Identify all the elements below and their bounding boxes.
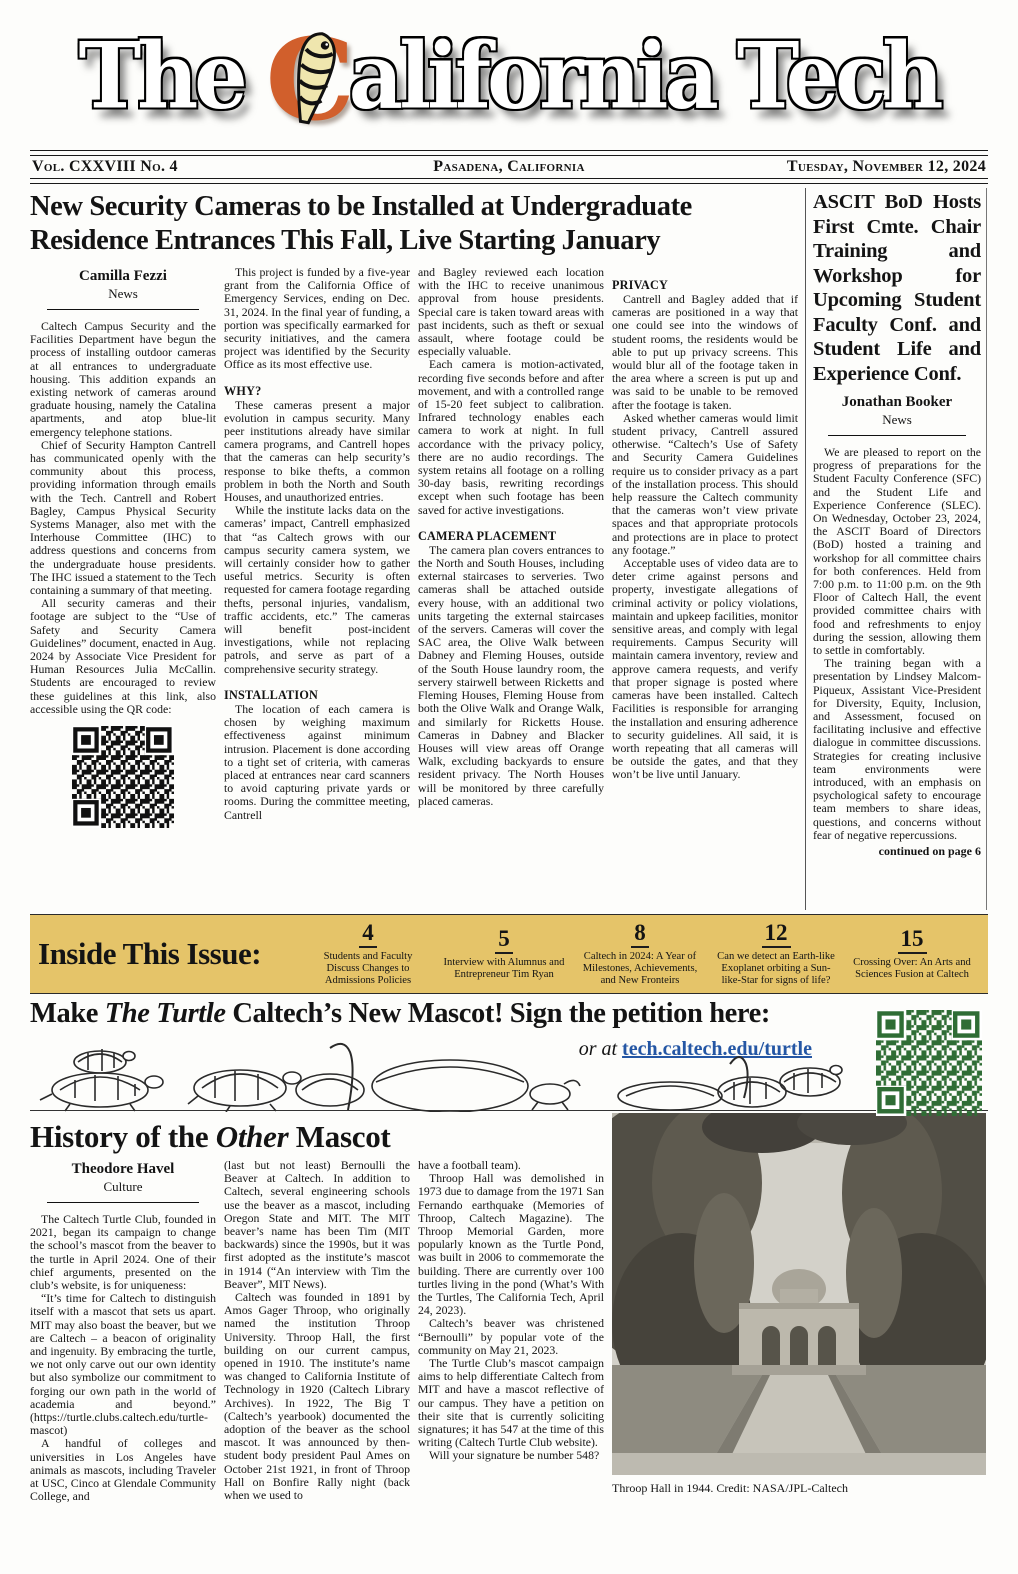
petition-headline: Make The Turtle Caltech’s New Mascot! Si… — [30, 998, 988, 1030]
masthead: The C alifornia Tech — [30, 0, 988, 150]
throop-hall-photo — [612, 1113, 986, 1475]
paragraph: Asked whether cameras would limit studen… — [612, 412, 798, 557]
masthead-word-alifornia: alifornia — [349, 22, 715, 129]
paragraph: All security cameras and their footage a… — [30, 597, 216, 716]
paragraph: Acceptable uses of video data are to det… — [612, 557, 798, 781]
mascot-column-2: (last but not least) Bernoulli the Beave… — [224, 1159, 410, 1574]
entry-text: Interview with Alumnus and Entrepreneur … — [442, 957, 566, 981]
page-number: 8 — [631, 921, 649, 948]
column-text: The Caltech Turtle Club, founded in 2021… — [30, 1213, 216, 1503]
paragraph: A handful of colleges and universities i… — [30, 1437, 216, 1503]
mascot-headline: History of the Other Mascot — [30, 1119, 605, 1155]
lead-column-3: and Bagley reviewed each location with t… — [418, 266, 604, 902]
newspaper-front-page: The C alifornia Tech Vol. CXXVIII No. 4 … — [0, 0, 1018, 1574]
column-text: Caltech Campus Security and the Faciliti… — [30, 320, 216, 716]
paragraph: Caltech Campus Security and the Faciliti… — [30, 320, 216, 439]
paragraph: Will your signature be number 548? — [418, 1449, 604, 1462]
paragraph: (last but not least) Bernoulli the Beave… — [224, 1159, 410, 1291]
page-number: 15 — [898, 927, 927, 954]
section-subhead: PRIVACY — [612, 278, 798, 293]
paragraph: While the institute lacks data on the ca… — [224, 504, 410, 676]
byline-rule — [828, 435, 966, 436]
turtle-petition-banner: Make The Turtle Caltech’s New Mascot! Si… — [30, 998, 988, 1111]
mascot-column-1: Theodore Havel Culture The Caltech Turtl… — [30, 1159, 216, 1574]
paragraph: Cantrell and Bagley added that if camera… — [612, 293, 798, 412]
paragraph: The camera plan covers entrances to the … — [418, 544, 604, 808]
section-label: News — [813, 412, 981, 428]
entry-text: Caltech in 2024: A Year of Milestones, A… — [578, 951, 702, 987]
page-number: 4 — [359, 921, 377, 948]
paragraph: The Turtle Club’s mascot campaign aims t… — [418, 1357, 604, 1449]
lead-column-1: Camilla Fezzi News Caltech Campus Securi… — [30, 266, 216, 902]
banner-title: Inside This Issue: — [38, 936, 300, 972]
section-subhead: INSTALLATION — [224, 688, 410, 703]
mascot-columns: Theodore Havel Culture The Caltech Turtl… — [30, 1159, 988, 1574]
author-name: Theodore Havel — [30, 1161, 216, 1178]
masthead-logo: C — [266, 33, 355, 118]
lead-columns: Camilla Fezzi News Caltech Campus Securi… — [30, 266, 800, 902]
section-subhead: WHY? — [224, 384, 410, 399]
entry-text: Crossing Over: An Arts and Sciences Fusi… — [850, 957, 974, 981]
mascot-byline: Theodore Havel Culture — [30, 1161, 216, 1203]
city: Pasadena, California — [30, 158, 988, 176]
inside-this-issue-banner: Inside This Issue: 4 Students and Facult… — [30, 914, 988, 994]
lead-section: New Security Cameras to be Installed at … — [30, 188, 988, 910]
entry-text: Students and Faculty Discuss Changes to … — [306, 951, 430, 987]
paragraph: “It’s time for Caltech to distinguish it… — [30, 1292, 216, 1437]
paragraph: Caltech’s beaver was christened “Bernoul… — [418, 1317, 604, 1357]
paragraph: These cameras present a major evolution … — [224, 399, 410, 505]
continued-notice: continued on page 6 — [813, 844, 981, 859]
issue-entry-5: 5 Interview with Alumnus and Entrepreneu… — [436, 927, 572, 981]
byline: Camilla Fezzi News — [30, 268, 216, 310]
section-subhead: CAMERA PLACEMENT — [418, 529, 604, 544]
page-number: 5 — [495, 927, 513, 954]
mascot-column-3: have a football team).Throop Hall was de… — [418, 1159, 604, 1574]
turtle-illustrations — [30, 1038, 848, 1112]
author-name: Jonathan Booker — [813, 394, 981, 411]
mascot-article: History of the Other Mascot Theodore Hav… — [30, 1119, 988, 1574]
paragraph: Chief of Security Hampton Cantrell has c… — [30, 439, 216, 597]
paragraph: This project is funded by a five-year gr… — [224, 266, 410, 372]
lead-headline: New Security Cameras to be Installed at … — [30, 190, 800, 258]
lead-column-4: PRIVACYCantrell and Bagley added that if… — [612, 266, 798, 902]
masthead-word-the: The — [79, 22, 244, 129]
page-number: 12 — [762, 921, 791, 948]
lead-column-2: This project is funded by a five-year gr… — [224, 266, 410, 902]
photo-block: Throop Hall in 1944. Credit: NASA/JPL-Ca… — [612, 1113, 988, 1574]
paragraph: Caltech was founded in 1891 by Amos Gage… — [224, 1291, 410, 1502]
paragraph: We are pleased to report on the progress… — [813, 446, 981, 657]
section-label: Culture — [30, 1179, 216, 1195]
paragraph: and Bagley reviewed each location with t… — [418, 266, 604, 358]
issue-entry-4: 4 Students and Faculty Discuss Changes t… — [300, 921, 436, 987]
column-text: We are pleased to report on the progress… — [813, 446, 981, 842]
issue-entry-12: 12 Can we detect an Earth-like Exoplanet… — [708, 921, 844, 987]
byline-rule — [47, 309, 200, 310]
sidebar-byline: Jonathan Booker News — [813, 394, 981, 436]
paragraph: Each camera is motion-activated, recordi… — [418, 358, 604, 516]
sidebar-article: ASCIT BoD Hosts First Cmte. Chair Traini… — [805, 188, 987, 910]
lead-article: New Security Cameras to be Installed at … — [30, 188, 800, 910]
sidebar-headline: ASCIT BoD Hosts First Cmte. Chair Traini… — [813, 190, 981, 386]
guidelines-qr-code — [72, 726, 174, 828]
photo-caption: Throop Hall in 1944. Credit: NASA/JPL-Ca… — [612, 1481, 988, 1496]
masthead-word-tech: Tech — [737, 22, 940, 129]
issue-entry-15: 15 Crossing Over: An Arts and Sciences F… — [844, 927, 980, 981]
paragraph: The location of each camera is chosen by… — [224, 703, 410, 822]
issue-entry-8: 8 Caltech in 2024: A Year of Milestones,… — [572, 921, 708, 987]
paragraph: The Caltech Turtle Club, founded in 2021… — [30, 1213, 216, 1292]
paragraph: The training began with a presentation b… — [813, 657, 981, 842]
author-name: Camilla Fezzi — [30, 268, 216, 285]
rule-bottom — [30, 178, 988, 184]
petition-qr-code — [870, 1010, 988, 1116]
dateline: Vol. CXXVIII No. 4 Pasadena, California … — [30, 156, 988, 178]
section-label: News — [30, 286, 216, 302]
byline-rule — [47, 1202, 200, 1203]
entry-text: Can we detect an Earth-like Exoplanet or… — [714, 951, 838, 987]
paragraph: Throop Hall was demolished in 1973 due t… — [418, 1172, 604, 1317]
